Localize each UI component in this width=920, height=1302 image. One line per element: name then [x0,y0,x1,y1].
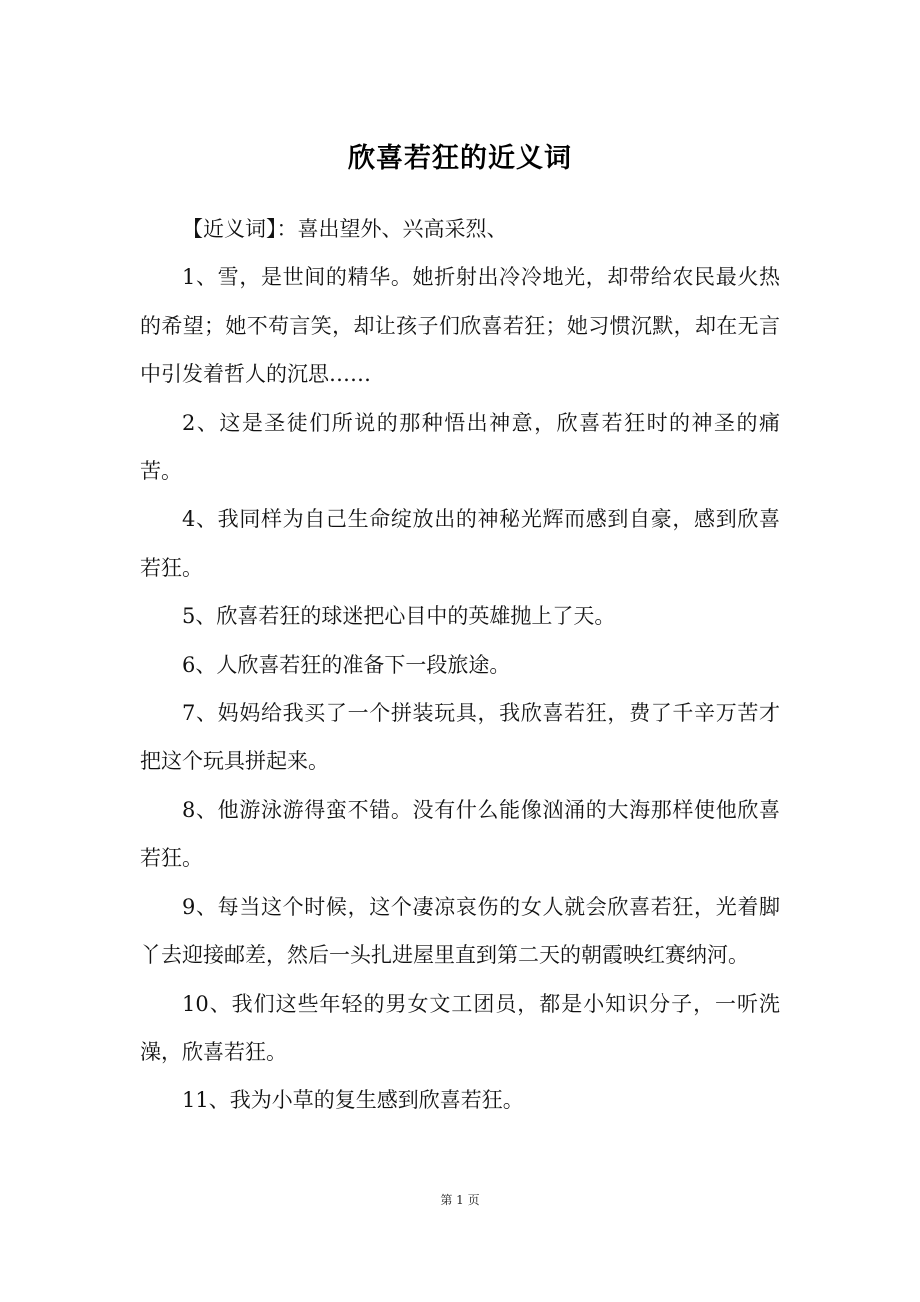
example-paragraph: 4、我同样为自己生命绽放出的神秘光辉而感到自豪，感到欣喜若狂。 [140,495,780,592]
example-paragraph: 5、欣喜若狂的球迷把心目中的英雄抛上了天。 [140,592,780,640]
example-paragraph: 11、我为小草的复生感到欣喜若狂。 [140,1076,780,1124]
example-paragraph: 8、他游泳游得蛮不错。没有什么能像汹涌的大海那样使他欣喜若狂。 [140,786,780,883]
example-paragraph: 9、每当这个时候，这个凄凉哀伤的女人就会欣喜若狂，光着脚丫去迎接邮差，然后一头扎… [140,883,780,980]
example-paragraph: 2、这是圣徒们所说的那种悟出神意，欣喜若狂时的神圣的痛苦。 [140,399,780,496]
document-body: 【近义词】：喜出望外、兴高采烈、 1、雪，是世间的精华。她折射出冷冷地光，却带给… [140,205,780,1125]
document-page: 欣喜若狂的近义词 【近义词】：喜出望外、兴高采烈、 1、雪，是世间的精华。她折射… [0,0,920,1302]
example-paragraph: 6、人欣喜若狂的准备下一段旅途。 [140,641,780,689]
page-number: 第 1 页 [0,1191,920,1208]
document-title: 欣喜若狂的近义词 [0,136,920,175]
example-paragraph: 7、妈妈给我买了一个拼装玩具，我欣喜若狂，费了千辛万苦才把这个玩具拼起来。 [140,689,780,786]
example-paragraph: 10、我们这些年轻的男女文工团员，都是小知识分子，一听洗澡，欣喜若狂。 [140,980,780,1077]
synonym-paragraph: 【近义词】：喜出望外、兴高采烈、 [140,205,780,253]
example-paragraph: 1、雪，是世间的精华。她折射出冷冷地光，却带给农民最火热的希望；她不苟言笑，却让… [140,253,780,398]
